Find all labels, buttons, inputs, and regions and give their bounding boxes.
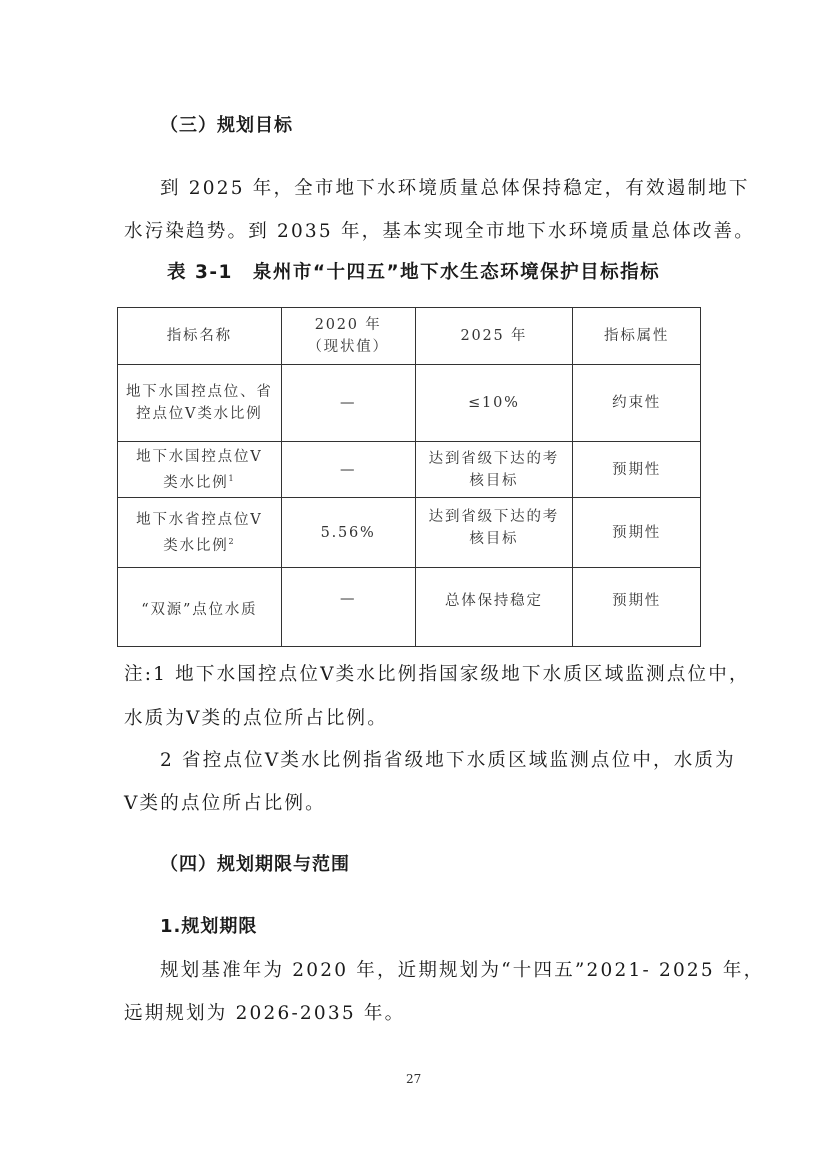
cell-2025: 总体保持稳定 bbox=[415, 568, 573, 647]
section4-paragraph-line2: 远期规划为 2026-2035 年。 bbox=[124, 999, 405, 1025]
cell-indicator-name: 地下水省控点位Ⅴ 类水比例2 bbox=[118, 498, 282, 568]
cell-text: 地下水国控点位、省 bbox=[122, 381, 277, 403]
cell-attribute: 预期性 bbox=[573, 568, 701, 647]
cell-text: 达到省级下达的考 bbox=[420, 506, 569, 528]
cell-2025: 达到省级下达的考 核目标 bbox=[415, 498, 573, 568]
page-number: 27 bbox=[406, 1072, 421, 1086]
footnote-marker: 1 bbox=[229, 474, 236, 483]
cell-2020: — bbox=[281, 365, 415, 442]
cell-2020: — bbox=[281, 568, 415, 647]
cell-indicator-name: “双源”点位水质 bbox=[118, 568, 282, 647]
cell-indicator-name: 地下水国控点位Ⅴ 类水比例1 bbox=[118, 442, 282, 498]
table-row: 地下水国控点位、省 控点位Ⅴ类水比例 — ≤10% 约束性 bbox=[118, 365, 701, 442]
header-attribute: 指标属性 bbox=[573, 308, 701, 365]
note1-line2: 水质为Ⅴ类的点位所占比例。 bbox=[124, 704, 388, 730]
cell-indicator-name: 地下水国控点位、省 控点位Ⅴ类水比例 bbox=[118, 365, 282, 442]
header-2020-note: （现状值） bbox=[286, 336, 411, 358]
cell-text: 控点位Ⅴ类水比例 bbox=[122, 403, 277, 425]
table-header-row: 指标名称 2020 年 （现状值） 2025 年 指标属性 bbox=[118, 308, 701, 365]
targets-table: 指标名称 2020 年 （现状值） 2025 年 指标属性 地下水国控点位、省 … bbox=[117, 307, 701, 647]
section3-heading: （三）规划目标 bbox=[160, 111, 293, 137]
table-row: “双源”点位水质 — 总体保持稳定 预期性 bbox=[118, 568, 701, 647]
cell-text: 核目标 bbox=[420, 470, 569, 492]
cell-text-main: 类水比例 bbox=[163, 474, 228, 490]
footnote-marker: 2 bbox=[229, 537, 236, 546]
section4-paragraph-line1: 规划基准年为 2020 年，近期规划为“十四五”2021- 2025 年， bbox=[160, 956, 764, 982]
section3-paragraph-line1: 到 2025 年，全市地下水环境质量总体保持稳定，有效遏制地下 bbox=[160, 174, 750, 200]
cell-text: 类水比例1 bbox=[122, 468, 277, 494]
header-2020-year: 2020 年 bbox=[286, 314, 411, 336]
cell-attribute: 约束性 bbox=[573, 365, 701, 442]
note2-line2: Ⅴ类的点位所占比例。 bbox=[124, 789, 326, 815]
note2-line1: 2 省控点位Ⅴ类水比例指省级地下水质区域监测点位中，水质为 bbox=[160, 746, 736, 772]
cell-2020: 5.56% bbox=[281, 498, 415, 568]
table-caption: 表 3-1 泉州市“十四五”地下水生态环境保护目标指标 bbox=[167, 258, 660, 284]
cell-text: 地下水国控点位Ⅴ bbox=[122, 446, 277, 468]
section3-paragraph-line2: 水污染趋势。到 2035 年，基本实现全市地下水环境质量总体改善。 bbox=[124, 217, 755, 243]
cell-2025: 达到省级下达的考 核目标 bbox=[415, 442, 573, 498]
table-row: 地下水省控点位Ⅴ 类水比例2 5.56% 达到省级下达的考 核目标 预期性 bbox=[118, 498, 701, 568]
header-2020: 2020 年 （现状值） bbox=[281, 308, 415, 365]
cell-text: 地下水省控点位Ⅴ bbox=[122, 509, 277, 531]
cell-attribute: 预期性 bbox=[573, 442, 701, 498]
section4-subheading: 1.规划期限 bbox=[160, 912, 257, 938]
header-2025: 2025 年 bbox=[415, 308, 573, 365]
header-indicator-name: 指标名称 bbox=[118, 308, 282, 365]
cell-text: 类水比例2 bbox=[122, 531, 277, 557]
table-row: 地下水国控点位Ⅴ 类水比例1 — 达到省级下达的考 核目标 预期性 bbox=[118, 442, 701, 498]
cell-text: 核目标 bbox=[420, 528, 569, 550]
note1-line1: 注:1 地下水国控点位Ⅴ类水比例指国家级地下水质区域监测点位中， bbox=[124, 660, 750, 686]
cell-text: 达到省级下达的考 bbox=[420, 448, 569, 470]
cell-text-main: 类水比例 bbox=[163, 537, 228, 553]
cell-2020: — bbox=[281, 442, 415, 498]
cell-attribute: 预期性 bbox=[573, 498, 701, 568]
section4-heading: （四）规划期限与范围 bbox=[160, 850, 350, 876]
cell-2025: ≤10% bbox=[415, 365, 573, 442]
